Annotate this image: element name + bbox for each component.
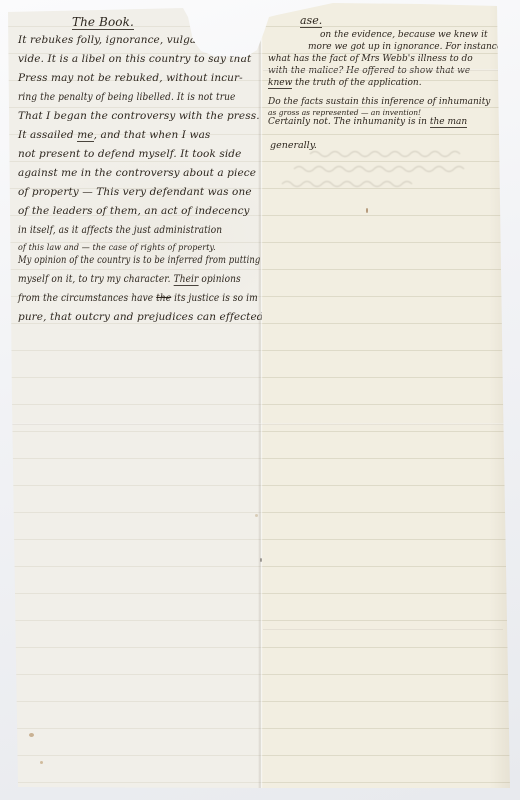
line-text: more we got up in ignorance. For instanc…: [308, 42, 502, 52]
fox-spot: [255, 514, 258, 517]
struck-word: the: [156, 292, 171, 304]
manuscript-line: what has the fact of Mrs Webb's illness …: [268, 54, 512, 66]
manuscript-line: Certainly not. The inhumanity is in the …: [268, 117, 512, 129]
manuscript-line: Do the facts sustain this inference of i…: [268, 97, 512, 108]
manuscript-line: It rebukes folly, ignorance, vulgar: [18, 34, 260, 53]
manuscript-line: of the leaders of them, an act of indece…: [18, 205, 260, 224]
manuscript-line: myself on it, to try my character. Their…: [18, 273, 226, 292]
manuscript-interline: of this law and — the case of rights of …: [18, 243, 260, 254]
manuscript-line: ring the penalty of being libelled. It i…: [18, 91, 226, 110]
title-text: ase.: [300, 14, 322, 28]
line-text: Press may not be rebuked, without incur-: [18, 72, 243, 84]
center-fold-crease: [258, 14, 263, 800]
line-text: on the evidence, because we knew it: [320, 30, 488, 40]
line-text: against me in the controversy about a pi…: [18, 167, 256, 179]
ink-speck: [260, 558, 262, 562]
manuscript-line: knew the truth of the application.: [268, 78, 512, 90]
fox-spot: [366, 208, 368, 213]
manuscript-line: not present to defend myself. It took si…: [18, 148, 260, 167]
line-text: Certainly not. The inhumanity is in: [268, 117, 430, 127]
left-page-text-block: The Book. It rebukes folly, ignorance, v…: [18, 15, 260, 330]
line-text: as gross as represented — an invention!: [268, 108, 421, 117]
scan-background: The Book. It rebukes folly, ignorance, v…: [0, 0, 520, 800]
manuscript-line: Press may not be rebuked, without incur-: [18, 72, 260, 91]
manuscript-line: pure, that outcry and prejudices can eff…: [18, 311, 260, 330]
manuscript-page-right: ase. on the evidence, because we knew it…: [262, 0, 520, 800]
underlined-word: the man: [430, 117, 467, 128]
line-text: , and that when I was: [94, 129, 211, 141]
line-text: vide. It is a libel on this country to s…: [18, 53, 251, 65]
line-text: from the circumstances have: [18, 292, 156, 304]
underlined-word: knew: [268, 78, 292, 89]
line-text: what has the fact of Mrs Webb's illness …: [268, 54, 473, 64]
manuscript-line: That I began the controversy with the pr…: [18, 110, 260, 129]
manuscript-sheet: The Book. It rebukes folly, ignorance, v…: [0, 0, 520, 800]
underlined-word: Their: [174, 273, 199, 286]
line-text: opinions: [198, 273, 240, 285]
manuscript-line: against me in the controversy about a pi…: [18, 167, 260, 186]
line-text: Do the facts sustain this inference of i…: [268, 97, 490, 107]
line-text: myself on it, to try my character.: [18, 273, 174, 285]
right-page-text-block: on the evidence, because we knew it more…: [268, 30, 512, 152]
line-text: the truth of the application.: [292, 78, 421, 88]
underlined-word: me: [77, 129, 93, 142]
line-text: pure, that outcry and prejudices can eff…: [18, 311, 264, 323]
line-text: It rebukes folly, ignorance, vulgar: [18, 34, 201, 46]
left-page-title: The Book.: [18, 15, 260, 34]
fox-spot: [29, 733, 34, 737]
title-text: The Book.: [72, 15, 134, 30]
right-page-title-fragment: ase.: [300, 14, 322, 27]
line-text: of this law and — the case of rights of …: [18, 243, 216, 252]
manuscript-line: with the malice? He offered to show that…: [268, 66, 512, 78]
manuscript-line: of property — This very defendant was on…: [18, 186, 260, 205]
line-text: of the leaders of them, an act of indece…: [18, 205, 250, 217]
fox-spot: [40, 761, 43, 764]
line-text: My opinion of the country is to be infer…: [18, 254, 260, 266]
manuscript-line: on the evidence, because we knew it: [268, 30, 512, 42]
ink-bleedthrough: [272, 146, 497, 194]
manuscript-interline: as gross as represented — an invention!: [268, 108, 512, 117]
line-text: not present to defend myself. It took si…: [18, 148, 241, 160]
line-text: ring the penalty of being libelled. It i…: [18, 91, 235, 103]
line-text: its justice is so im: [171, 292, 258, 304]
manuscript-line: My opinion of the country is to be infer…: [18, 254, 212, 273]
manuscript-line: in itself, as it affects the just admini…: [18, 224, 226, 243]
line-text: It assailed: [18, 129, 77, 141]
line-text: That I began the controversy with the pr…: [18, 110, 260, 122]
manuscript-line: vide. It is a libel on this country to s…: [18, 53, 260, 72]
line-text: with the malice? He offered to show that…: [268, 66, 470, 76]
line-text: of property — This very defendant was on…: [18, 186, 252, 198]
line-text: in itself, as it affects the just admini…: [18, 224, 222, 236]
manuscript-line: from the circumstances have the its just…: [18, 292, 226, 311]
manuscript-line: more we got up in ignorance. For instanc…: [268, 42, 512, 54]
manuscript-line: It assailed me, and that when I was: [18, 129, 260, 148]
manuscript-page-left: The Book. It rebukes folly, ignorance, v…: [0, 0, 262, 800]
